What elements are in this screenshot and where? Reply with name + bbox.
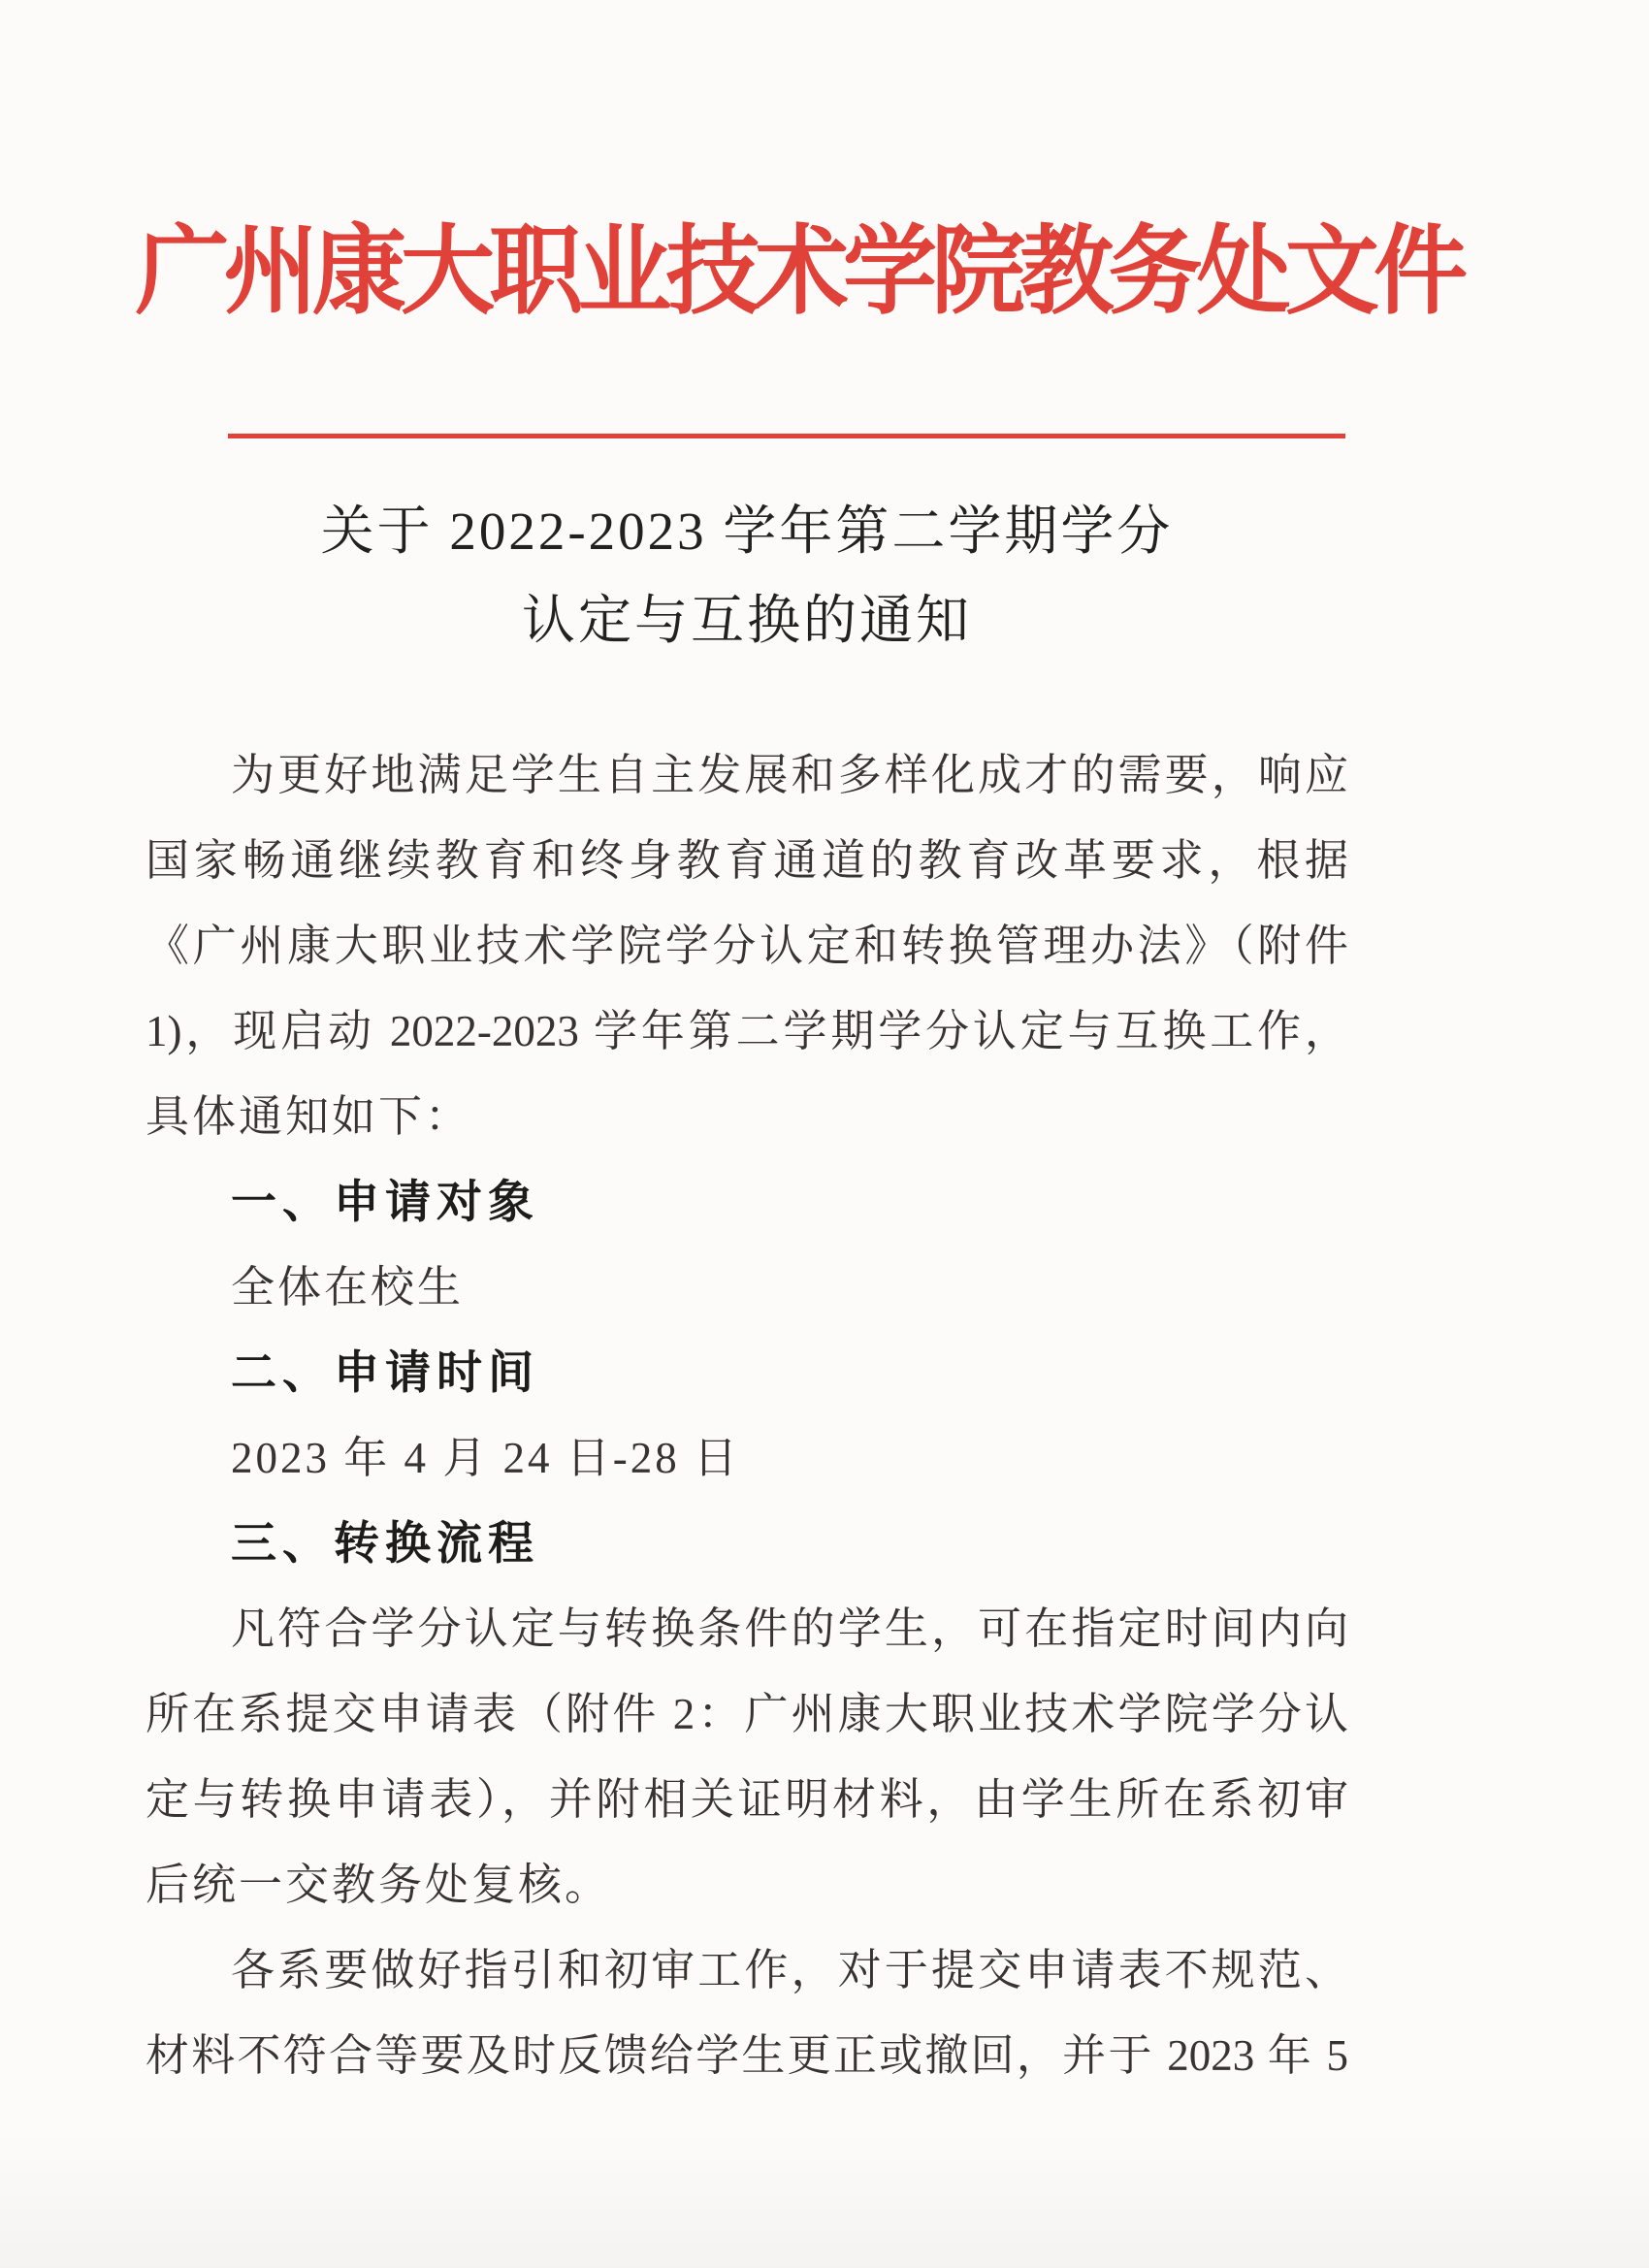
body-line: 定与转换申请表），并附相关证明材料，由学生所在系初审 — [145, 1757, 1348, 1842]
body-line: 材料不符合等要及时反馈给学生更正或撤回，并于 2023 年 5 — [145, 2013, 1348, 2098]
body-line: 后统一交教务处复核。 — [145, 1842, 1348, 1928]
red-divider-line — [228, 434, 1345, 438]
document-header-title: 广州康大职业技术学院教务处文件 — [136, 221, 1359, 323]
body-line: 《广州康大职业技术学院学分认定和转换管理办法》（附件 — [145, 903, 1348, 988]
notice-title-line-2: 认定与互换的通知 — [145, 576, 1348, 665]
notice-body: 为更好地满足学生自主发展和多样化成才的需要，响应 国家畅通继续教育和终身教育通道… — [145, 732, 1348, 2098]
section-heading-application-target: 一、申请对象 — [145, 1159, 1348, 1245]
body-line: 凡符合学分认定与转换条件的学生，可在指定时间内向 — [145, 1586, 1348, 1671]
body-line: 国家畅通继续教育和终身教育通道的教育改革要求，根据 — [145, 818, 1348, 903]
body-line: 具体通知如下： — [145, 1074, 1348, 1159]
body-line: 所在系提交申请表（附件 2：广州康大职业技术学院学分认 — [145, 1671, 1348, 1757]
section-heading-application-time: 二、申请时间 — [145, 1330, 1348, 1415]
scan-artifact — [0, 2132, 1649, 2268]
notice-title-line-1: 关于 2022-2023 学年第二学期学分 — [145, 487, 1348, 576]
scanned-document-page: 广州康大职业技术学院教务处文件 关于 2022-2023 学年第二学期学分 认定… — [0, 0, 1649, 2268]
body-line: 各系要做好指引和初审工作，对于提交申请表不规范、 — [145, 1928, 1348, 2013]
body-line: 2023 年 4 月 24 日-28 日 — [145, 1415, 1348, 1501]
body-line: 1)，现启动 2022-2023 学年第二学期学分认定与互换工作， — [145, 988, 1348, 1074]
notice-title: 关于 2022-2023 学年第二学期学分 认定与互换的通知 — [145, 487, 1348, 665]
body-line: 为更好地满足学生自主发展和多样化成才的需要，响应 — [145, 732, 1348, 818]
section-heading-conversion-process: 三、转换流程 — [145, 1501, 1348, 1586]
body-line: 全体在校生 — [145, 1245, 1348, 1330]
